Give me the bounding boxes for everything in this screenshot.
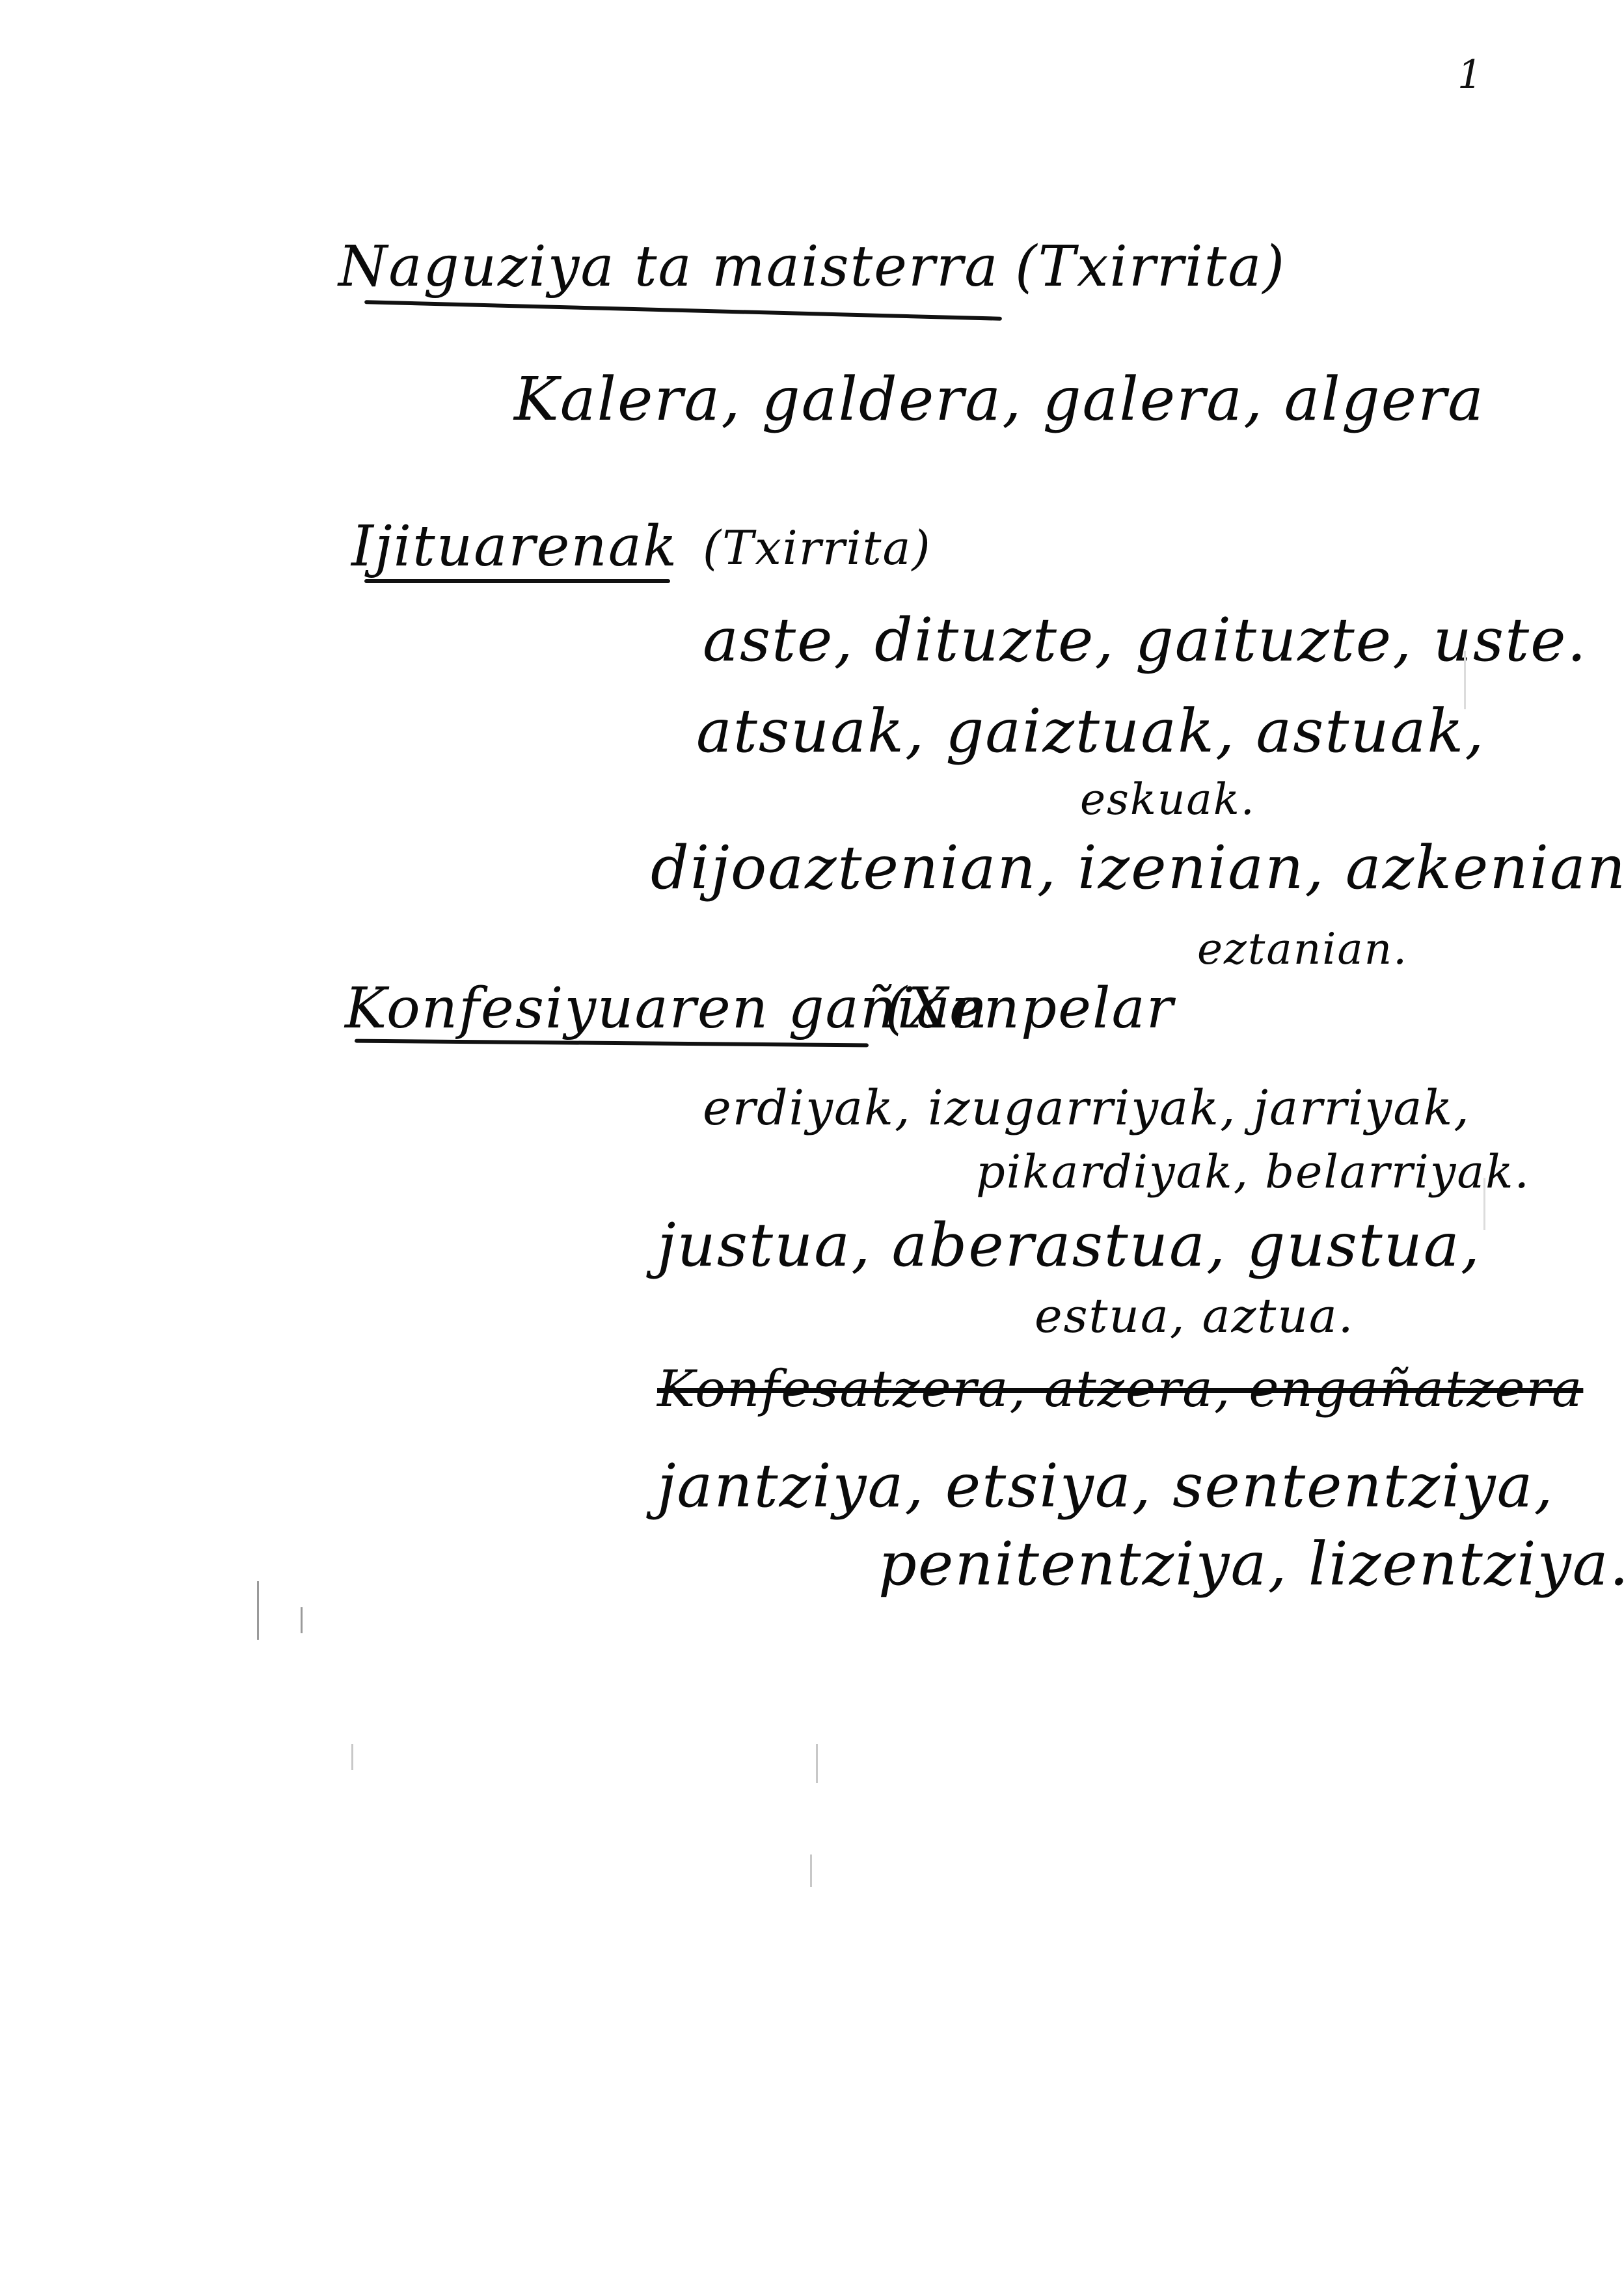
section-3-line-7: penitentziya, lizentziya. <box>878 1529 1624 1599</box>
section-3-line-1: erdiyak, izugarriyak, jarriyak, <box>703 1080 1470 1136</box>
scan-mark <box>1464 651 1466 709</box>
section-1-underline <box>364 300 1002 321</box>
section-3-note: (Xenpelar <box>885 976 1174 1041</box>
section-2-note: (Txirrita) <box>703 521 932 575</box>
section-3-line-5-struck: Konfesatzera, atzera, engañatzera <box>657 1360 1583 1419</box>
scan-mark <box>301 1607 303 1633</box>
section-2-line-3: eskuak. <box>1080 774 1256 824</box>
scan-mark <box>351 1744 353 1770</box>
section-1-note: (Txirrita) <box>1015 234 1286 299</box>
section-2-heading: Ijituarenak <box>351 514 678 579</box>
scan-mark <box>810 1854 812 1887</box>
section-3-line-4: estua, aztua. <box>1035 1288 1355 1343</box>
section-2-line-5: eztanian. <box>1197 924 1408 974</box>
section-1-heading: Naguziya ta maisterra <box>338 234 999 299</box>
section-2-line-4: dijoaztenian, izenian, azkenian, <box>651 833 1624 903</box>
section-2-underline <box>364 579 670 583</box>
section-3-line-6: jantziya, etsiya, sententziya, <box>657 1451 1554 1521</box>
section-2-line-2: atsuak, gaiztuak, astuak, <box>696 696 1485 766</box>
section-3-line-2: pikardiyak, belarriyak. <box>976 1145 1530 1199</box>
handwritten-page: 1 Naguziya ta maisterra (Txirrita) Kaler… <box>0 0 1624 2282</box>
scan-mark <box>816 1744 818 1783</box>
section-1-line-1: Kalera, galdera, galera, algera <box>514 364 1485 434</box>
section-3-line-3: justua, aberastua, gustua, <box>657 1210 1481 1280</box>
scan-mark <box>257 1581 259 1640</box>
section-2-line-1: aste, dituzte, gaituzte, uste. <box>703 605 1588 675</box>
page-number: 1 <box>1457 52 1482 98</box>
scan-mark <box>1483 1178 1485 1230</box>
